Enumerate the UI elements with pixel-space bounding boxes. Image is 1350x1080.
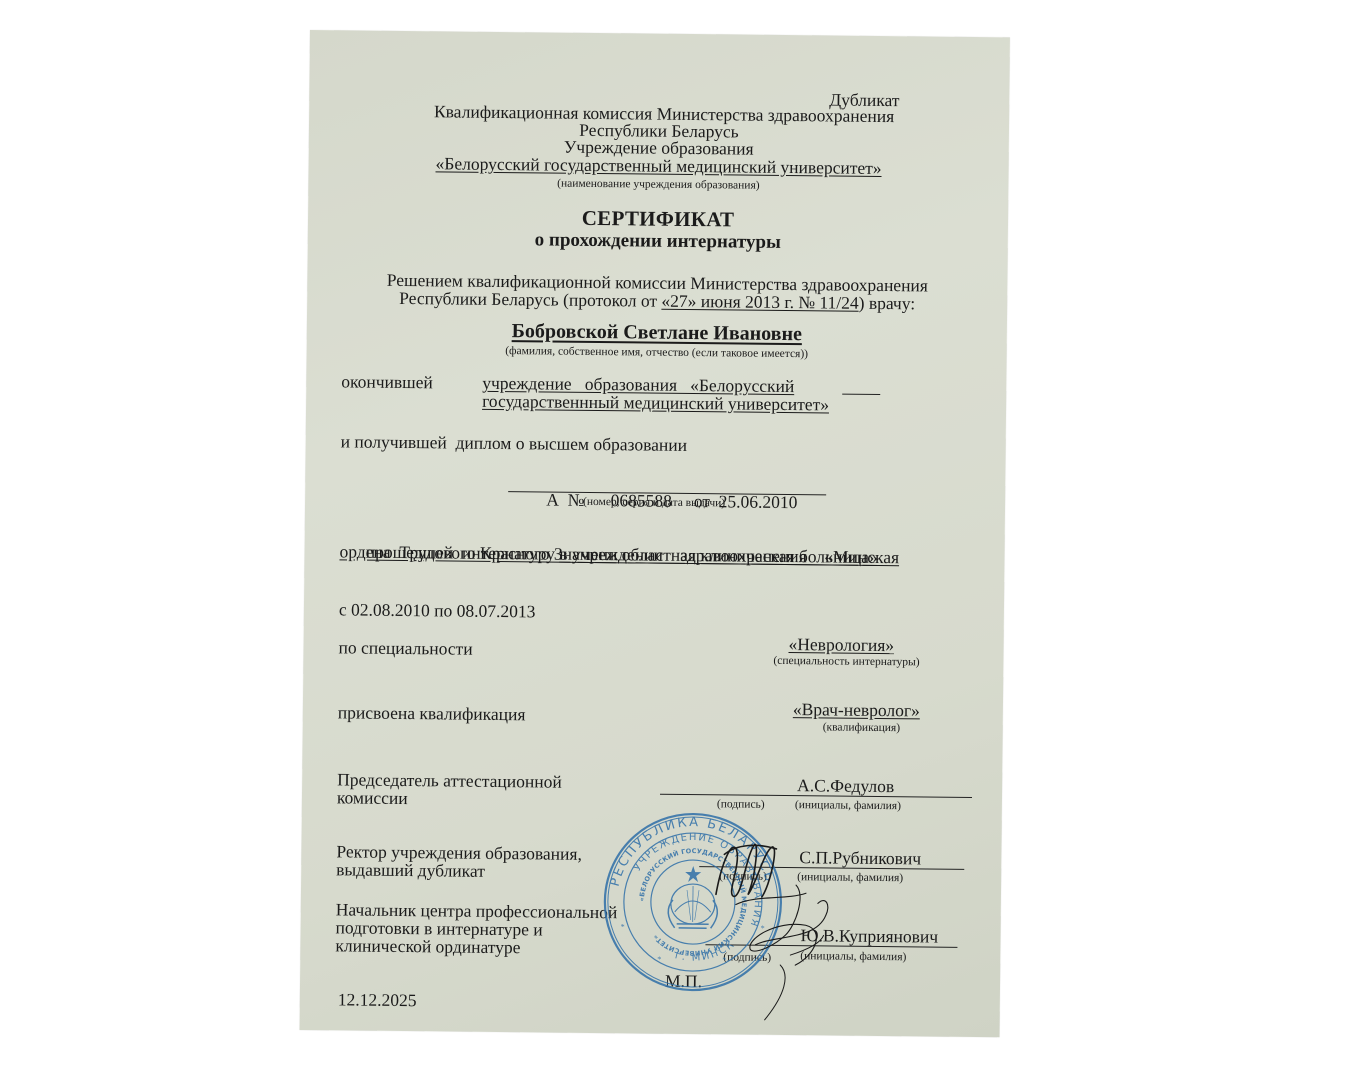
graduation-underline-fill [842,394,880,395]
signatory-1-signature-caption: (подпись) [717,798,765,811]
certificate-paper: Дубликат Квалификационная комиссия Минис… [300,30,1010,1037]
institution-caption: (наименование учреждения образования) [308,175,1008,195]
decision-prefix: Республики Беларусь (протокол от [399,288,661,311]
specialty-caption: (специальность интернатуры) [773,655,919,670]
certificate-title: СЕРТИФИКАТ [308,206,1008,231]
internship-period: с 02.08.2010 по 08.07.2013 [339,600,536,620]
signatory-3-role-line-3: клинической ординатуре [335,936,520,956]
qualification-caption: (квалификация) [823,721,900,735]
specialty-value: «Неврология» [789,635,895,654]
recipient-caption: (фамилия, собственное имя, отчество (есл… [307,343,1007,363]
recipient-name: Бобровской Светлане Ивановне [307,320,1007,345]
decision-suffix: ) врачу: [859,293,916,314]
signatory-2-role-line-2: выдавший дубликат [336,860,485,880]
diploma-caption: (номер, серия и дата выдачи) [583,496,725,510]
protocol-reference: «27» июня 2013 г. № 11/24 [661,291,858,313]
svg-text:*: * [657,955,661,964]
svg-text:*: * [621,922,625,931]
qualification-value: «Врач-невролог» [793,700,920,719]
diploma-label: и получившей диплом о высшем образовании [341,432,688,454]
graduation-label: окончившей [341,372,433,391]
issue-date: 12.12.2025 [338,990,417,1009]
handwritten-signatures-icon [695,824,867,1026]
graduation-line-2: государственнный медицинский университет… [482,392,829,414]
specialty-label: по специальности [338,638,472,657]
certificate-subtitle: о прохождении интернатуры [308,229,1008,254]
signatory-1-name: А.С.Федулов [797,776,894,795]
signatory-1-role-line-2: комиссии [337,788,408,807]
signatory-1-name-caption: (инициалы, фамилия) [795,799,901,813]
qualification-label: присвоена квалификация [338,703,526,723]
